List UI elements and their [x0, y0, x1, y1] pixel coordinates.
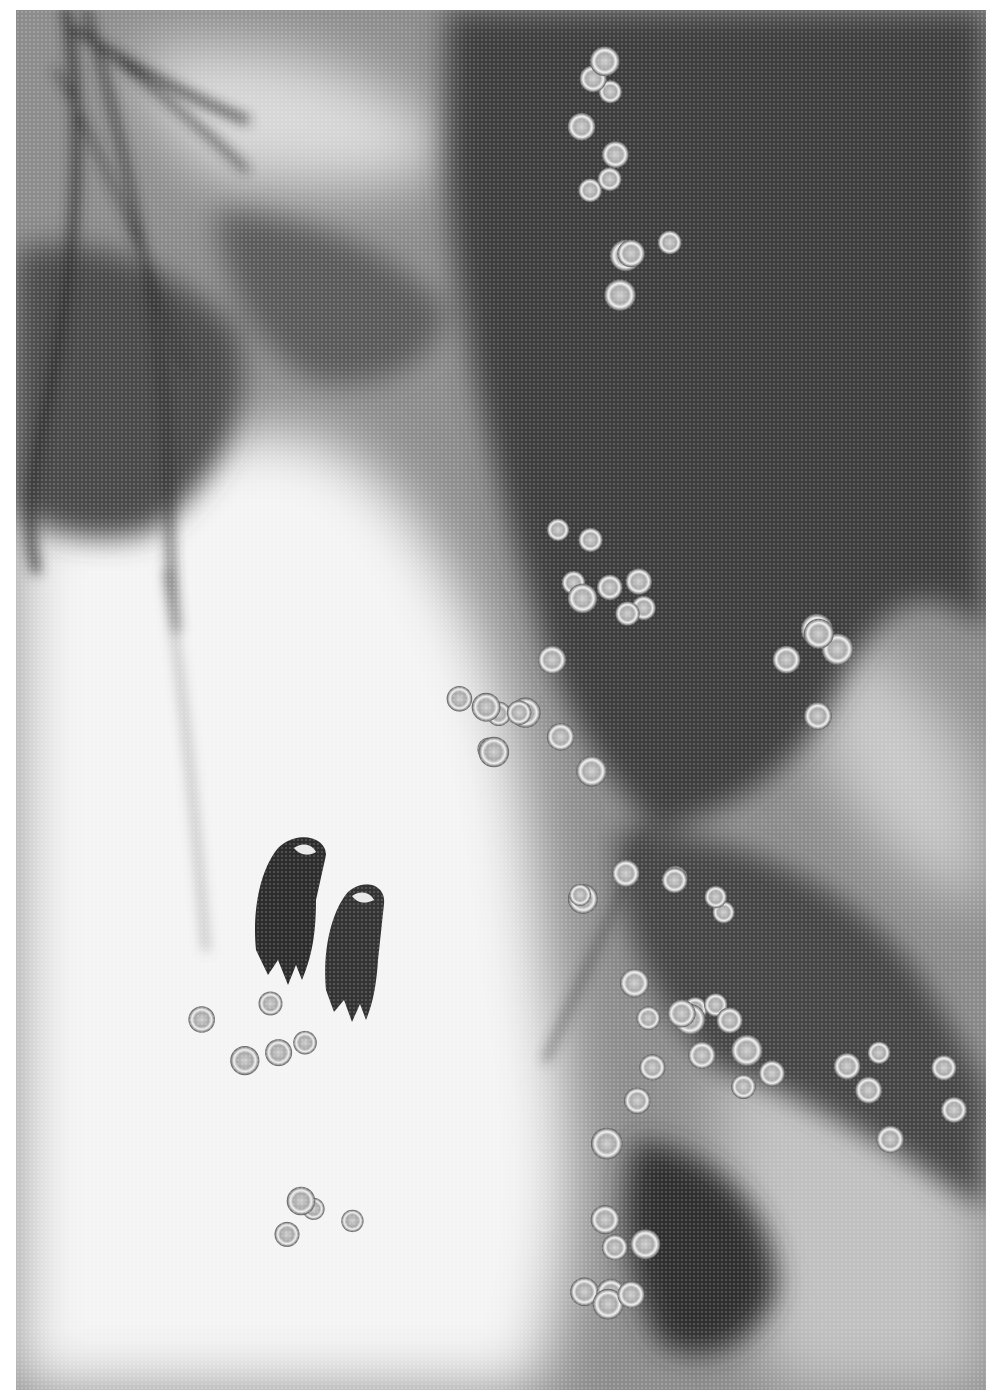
particle — [731, 1074, 756, 1099]
particle — [688, 1042, 715, 1069]
particle — [637, 1006, 661, 1030]
particle — [834, 1053, 861, 1080]
particle — [855, 1077, 882, 1104]
particle — [188, 1006, 215, 1033]
particle — [602, 141, 629, 168]
particle — [626, 568, 652, 594]
particle — [639, 1054, 665, 1080]
particle — [472, 693, 501, 722]
particle — [576, 756, 607, 787]
particle — [604, 279, 636, 311]
particle — [447, 686, 473, 712]
particle — [507, 700, 532, 725]
micrograph-image — [16, 10, 986, 1390]
micrograph-scene — [16, 10, 986, 1390]
particle — [658, 231, 682, 255]
particle — [538, 646, 566, 674]
particle — [705, 886, 727, 908]
particle — [617, 1281, 644, 1308]
particle — [804, 702, 832, 730]
particle — [630, 1229, 660, 1259]
particle — [341, 1210, 363, 1232]
particle — [731, 1035, 762, 1066]
particle — [578, 528, 602, 552]
particle — [547, 519, 569, 541]
particle — [759, 1060, 785, 1086]
particle — [591, 1128, 623, 1160]
particle — [568, 113, 596, 141]
particle — [773, 646, 801, 674]
particle — [275, 1222, 300, 1247]
particle — [804, 619, 834, 649]
particle — [617, 240, 645, 268]
particle — [479, 737, 510, 768]
particle — [931, 1055, 956, 1080]
particle — [547, 723, 575, 751]
particle — [717, 1007, 743, 1033]
particle — [668, 1000, 696, 1028]
particle — [624, 1088, 651, 1115]
particle — [590, 46, 620, 76]
particle — [597, 575, 623, 601]
particle — [615, 601, 639, 625]
particle — [259, 992, 283, 1016]
particle — [941, 1097, 967, 1123]
particle — [598, 167, 622, 191]
particle — [230, 1046, 259, 1075]
particle — [876, 1126, 904, 1154]
particle — [662, 868, 688, 894]
particle — [591, 1205, 620, 1234]
particle — [569, 884, 591, 906]
particle — [287, 1187, 316, 1216]
particle — [620, 969, 649, 998]
particle — [868, 1042, 891, 1065]
particle — [568, 584, 598, 614]
particle — [293, 1031, 317, 1055]
particle — [612, 860, 639, 887]
particle — [602, 1234, 628, 1260]
particle — [265, 1039, 292, 1066]
